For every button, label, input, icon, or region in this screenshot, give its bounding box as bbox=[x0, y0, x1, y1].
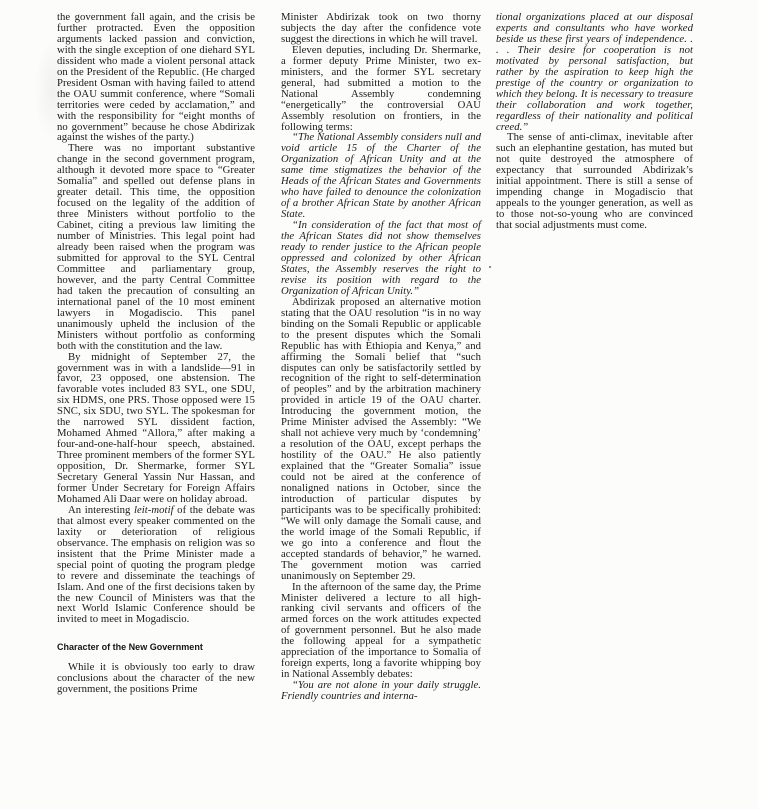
paragraph: The sense of anti-climax, inevitable aft… bbox=[496, 132, 693, 231]
text-column-left: the government fall again, and the crisi… bbox=[57, 12, 255, 695]
paragraph: An interesting leit-motif of the debate … bbox=[57, 505, 255, 625]
section-heading: Character of the New Government bbox=[57, 643, 243, 654]
document-page: the government fall again, and the crisi… bbox=[0, 0, 758, 809]
block-quote: “The National Assembly considers null an… bbox=[281, 132, 481, 220]
text-column-middle: Minister Abdirizak took on two thorny su… bbox=[281, 12, 481, 702]
paragraph: While it is obviously too early to draw … bbox=[57, 662, 255, 695]
paragraph: Minister Abdirizak took on two thorny su… bbox=[281, 12, 481, 45]
scan-speck-artifact bbox=[489, 266, 491, 268]
paragraph: Abdirizak proposed an alternative motion… bbox=[281, 297, 481, 582]
paragraph: There was no important substantive chang… bbox=[57, 143, 255, 351]
block-quote: “In consideration of the fact that most … bbox=[281, 220, 481, 297]
block-quote: “You are not alone in your daily struggl… bbox=[281, 680, 481, 702]
paragraph: By midnight of September 27, the governm… bbox=[57, 352, 255, 505]
paragraph: Eleven deputies, including Dr. Shermarke… bbox=[281, 45, 481, 133]
text-column-right: tional organizations placed at our dispo… bbox=[496, 12, 693, 231]
paragraph: In the afternoon of the same day, the Pr… bbox=[281, 582, 481, 681]
block-quote: tional organizations placed at our dispo… bbox=[496, 12, 693, 132]
paragraph: the government fall again, and the crisi… bbox=[57, 12, 255, 143]
